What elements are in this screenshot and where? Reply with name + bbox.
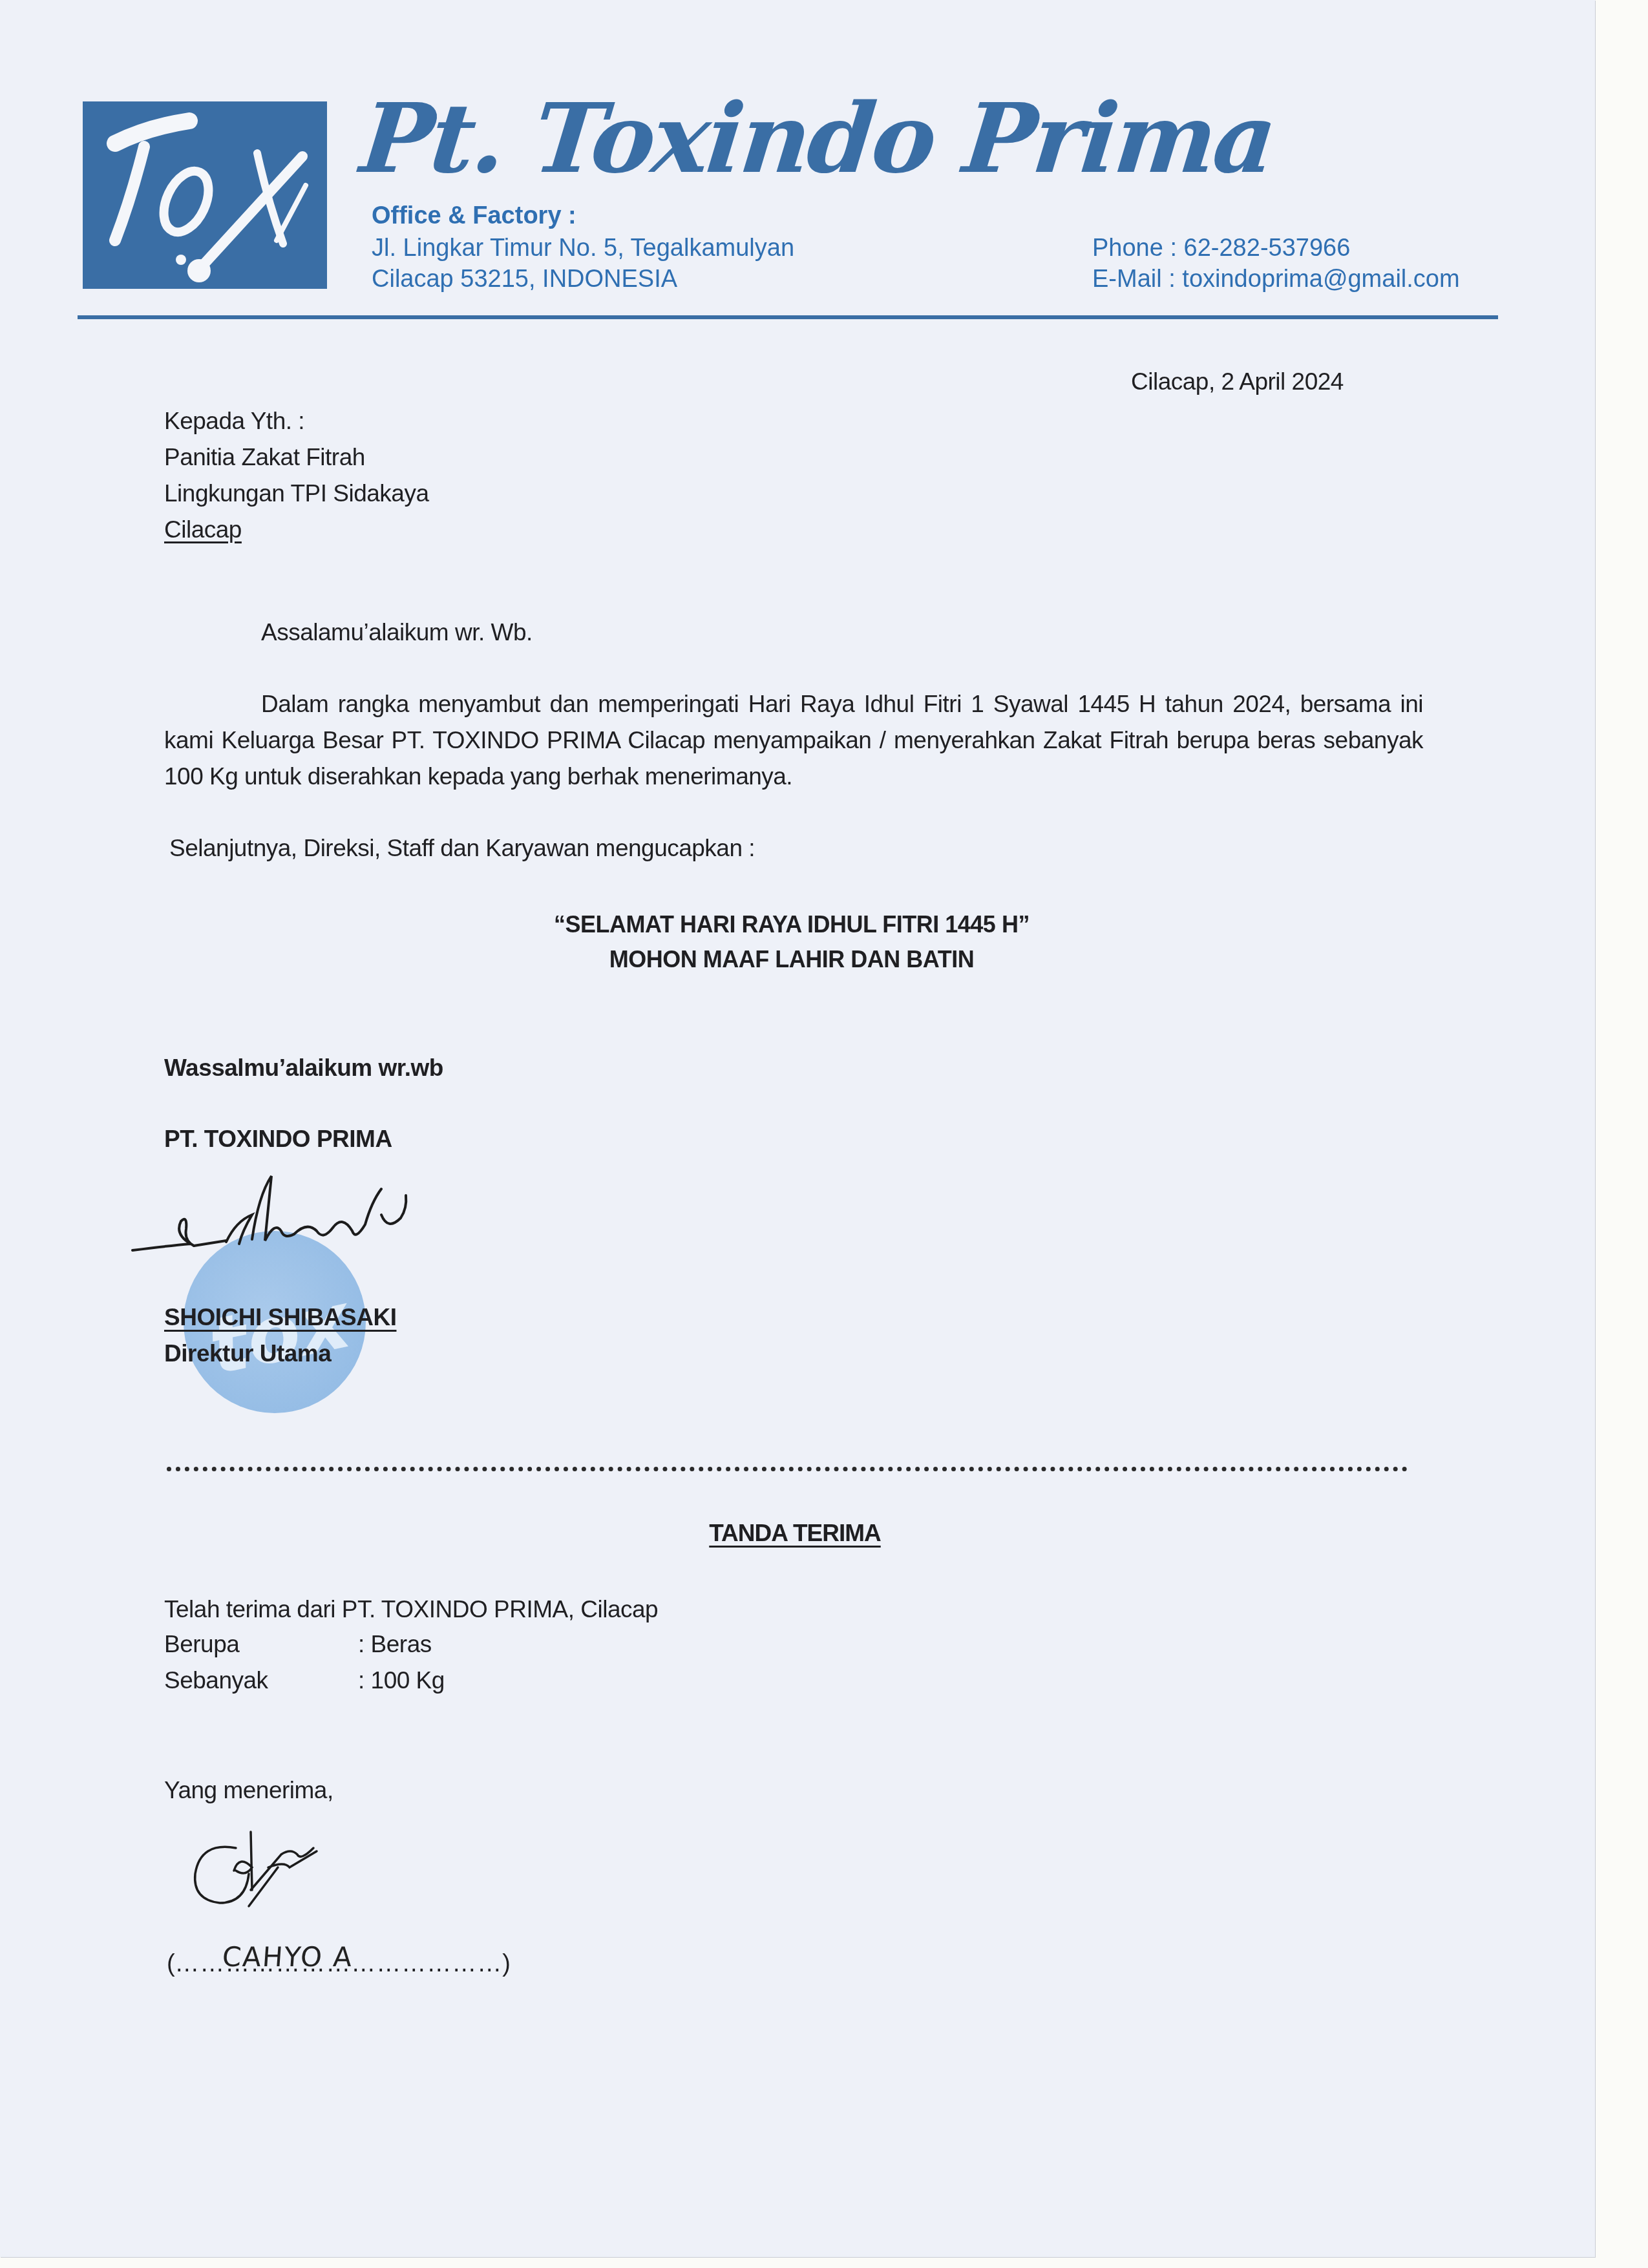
greeting: Assalamu’alaikum wr. Wb. (261, 619, 533, 646)
wish-line-2: MOHON MAAF LAHIR DAN BATIN (452, 942, 1131, 977)
closing-greeting: Wassalmu’alaikum wr.wb (164, 1055, 443, 1082)
receipt-value: : 100 Kg (358, 1667, 445, 1694)
email-address: E-Mail : toxindoprima@gmail.com (1092, 265, 1460, 295)
wishes-block: “SELAMAT HARI RAYA IDHUL FITRI 1445 H” M… (452, 907, 1131, 977)
tox-logo-icon (83, 101, 327, 289)
company-logo (83, 101, 327, 289)
office-label: Office & Factory : (372, 202, 576, 231)
signer-name: SHOICHI SHIBASAKI (164, 1304, 396, 1331)
stamp-logo-text: tox (202, 1276, 357, 1392)
receipt-from: Telah terima dari PT. TOXINDO PRIMA, Cil… (164, 1596, 658, 1623)
phone-number: Phone : 62-282-537966 (1092, 234, 1350, 264)
receipt-label: Berupa (164, 1631, 358, 1658)
receiver-label: Yang menerima, (164, 1777, 333, 1804)
letter-page: Pt. Toxindo Prima Office & Factory : Jl.… (0, 0, 1595, 2257)
wish-line-1: “SELAMAT HARI RAYA IDHUL FITRI 1445 H” (452, 907, 1131, 942)
address-line-2: Cilacap 53215, INDONESIA (372, 265, 677, 295)
recipient-line-1: Panitia Zakat Fitrah (164, 439, 429, 476)
letter-date: Cilacap, 2 April 2024 (1131, 368, 1344, 395)
paren-close: ) (502, 1950, 510, 1977)
recipient-block: Kepada Yth. : Panitia Zakat Fitrah Lingk… (164, 403, 429, 548)
letterhead-divider (78, 315, 1498, 319)
recipient-salutation: Kepada Yth. : (164, 403, 429, 439)
receipt-label: Sebanyak (164, 1667, 358, 1694)
receiver-name-field: (…………………………………) CAHYO A (167, 1950, 510, 1978)
receiver-signature-icon (187, 1829, 343, 1919)
address-line-1: Jl. Lingkar Timur No. 5, Tegalkamulyan (372, 234, 794, 264)
cut-line-divider (167, 1467, 1408, 1471)
receiver-handwritten-name: CAHYO A (221, 1941, 354, 1973)
wishes-intro: Selanjutnya, Direksi, Staff dan Karyawan… (169, 835, 755, 862)
receipt-title: TANDA TERIMA (0, 1520, 1590, 1547)
company-name: Pt. Toxindo Prima (357, 90, 1278, 186)
paren-open: ( (167, 1950, 174, 1977)
body-paragraph: Dalam rangka menyambut dan memperingati … (164, 686, 1423, 795)
receipt-row-quantity: Sebanyak: 100 Kg (164, 1667, 746, 1694)
recipient-line-2: Lingkungan TPI Sidakaya (164, 476, 429, 512)
receipt-row-form: Berupa: Beras (164, 1631, 746, 1658)
director-signature-icon (129, 1170, 414, 1266)
company-signature-name: PT. TOXINDO PRIMA (164, 1126, 392, 1153)
recipient-city: Cilacap (164, 516, 242, 543)
receipt-value: : Beras (358, 1631, 432, 1657)
signer-title: Direktur Utama (164, 1340, 331, 1367)
